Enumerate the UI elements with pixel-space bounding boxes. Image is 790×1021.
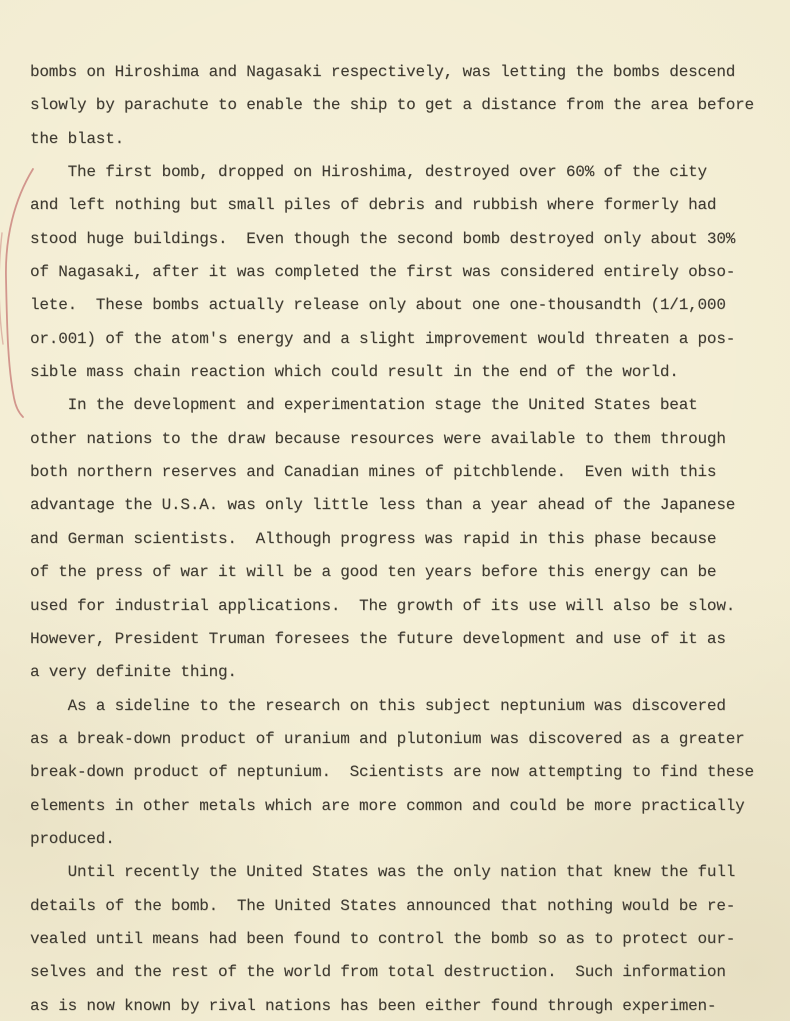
text-line: or.001) of the atom's energy and a sligh… <box>30 323 786 356</box>
text-line: However, President Truman foresees the f… <box>30 623 786 656</box>
text-line: both northern reserves and Canadian mine… <box>30 456 786 489</box>
text-line: a very definite thing. <box>30 656 786 689</box>
pencil-bracket-stroke <box>6 169 33 417</box>
text-line: and left nothing but small piles of debr… <box>30 189 786 222</box>
text-line: elements in other metals which are more … <box>30 790 786 823</box>
text-line: details of the bomb. The United States a… <box>30 890 786 923</box>
text-line: Until recently the United States was the… <box>30 856 786 889</box>
pencil-bracket-stroke-outer <box>0 233 3 344</box>
text-line: of Nagasaki, after it was completed the … <box>30 256 786 289</box>
text-line: In the development and experimentation s… <box>30 389 786 422</box>
text-line: and German scientists. Although progress… <box>30 523 786 556</box>
text-line: slowly by parachute to enable the ship t… <box>30 89 786 122</box>
text-line: other nations to the draw because resour… <box>30 423 786 456</box>
text-line: As a sideline to the research on this su… <box>30 690 786 723</box>
text-line: stood huge buildings. Even though the se… <box>30 223 786 256</box>
text-line: used for industrial applications. The gr… <box>30 590 786 623</box>
text-line: bombs on Hiroshima and Nagasaki respecti… <box>30 56 786 89</box>
text-line: advantage the U.S.A. was only little les… <box>30 489 786 522</box>
text-line: lete. These bombs actually release only … <box>30 289 786 322</box>
text-line: break-down product of neptunium. Scienti… <box>30 756 786 789</box>
text-line: produced. <box>30 823 786 856</box>
text-line: selves and the rest of the world from to… <box>30 956 786 989</box>
text-line: vealed until means had been found to con… <box>30 923 786 956</box>
text-line: as a break-down product of uranium and p… <box>30 723 786 756</box>
text-line: the blast. <box>30 123 786 156</box>
text-line: as is now known by rival nations has bee… <box>30 990 786 1021</box>
text-line: The first bomb, dropped on Hiroshima, de… <box>30 156 786 189</box>
typewritten-text-block: bombs on Hiroshima and Nagasaki respecti… <box>30 56 786 1021</box>
text-line: sible mass chain reaction which could re… <box>30 356 786 389</box>
text-line: of the press of war it will be a good te… <box>30 556 786 589</box>
document-page: bombs on Hiroshima and Nagasaki respecti… <box>0 0 790 1021</box>
